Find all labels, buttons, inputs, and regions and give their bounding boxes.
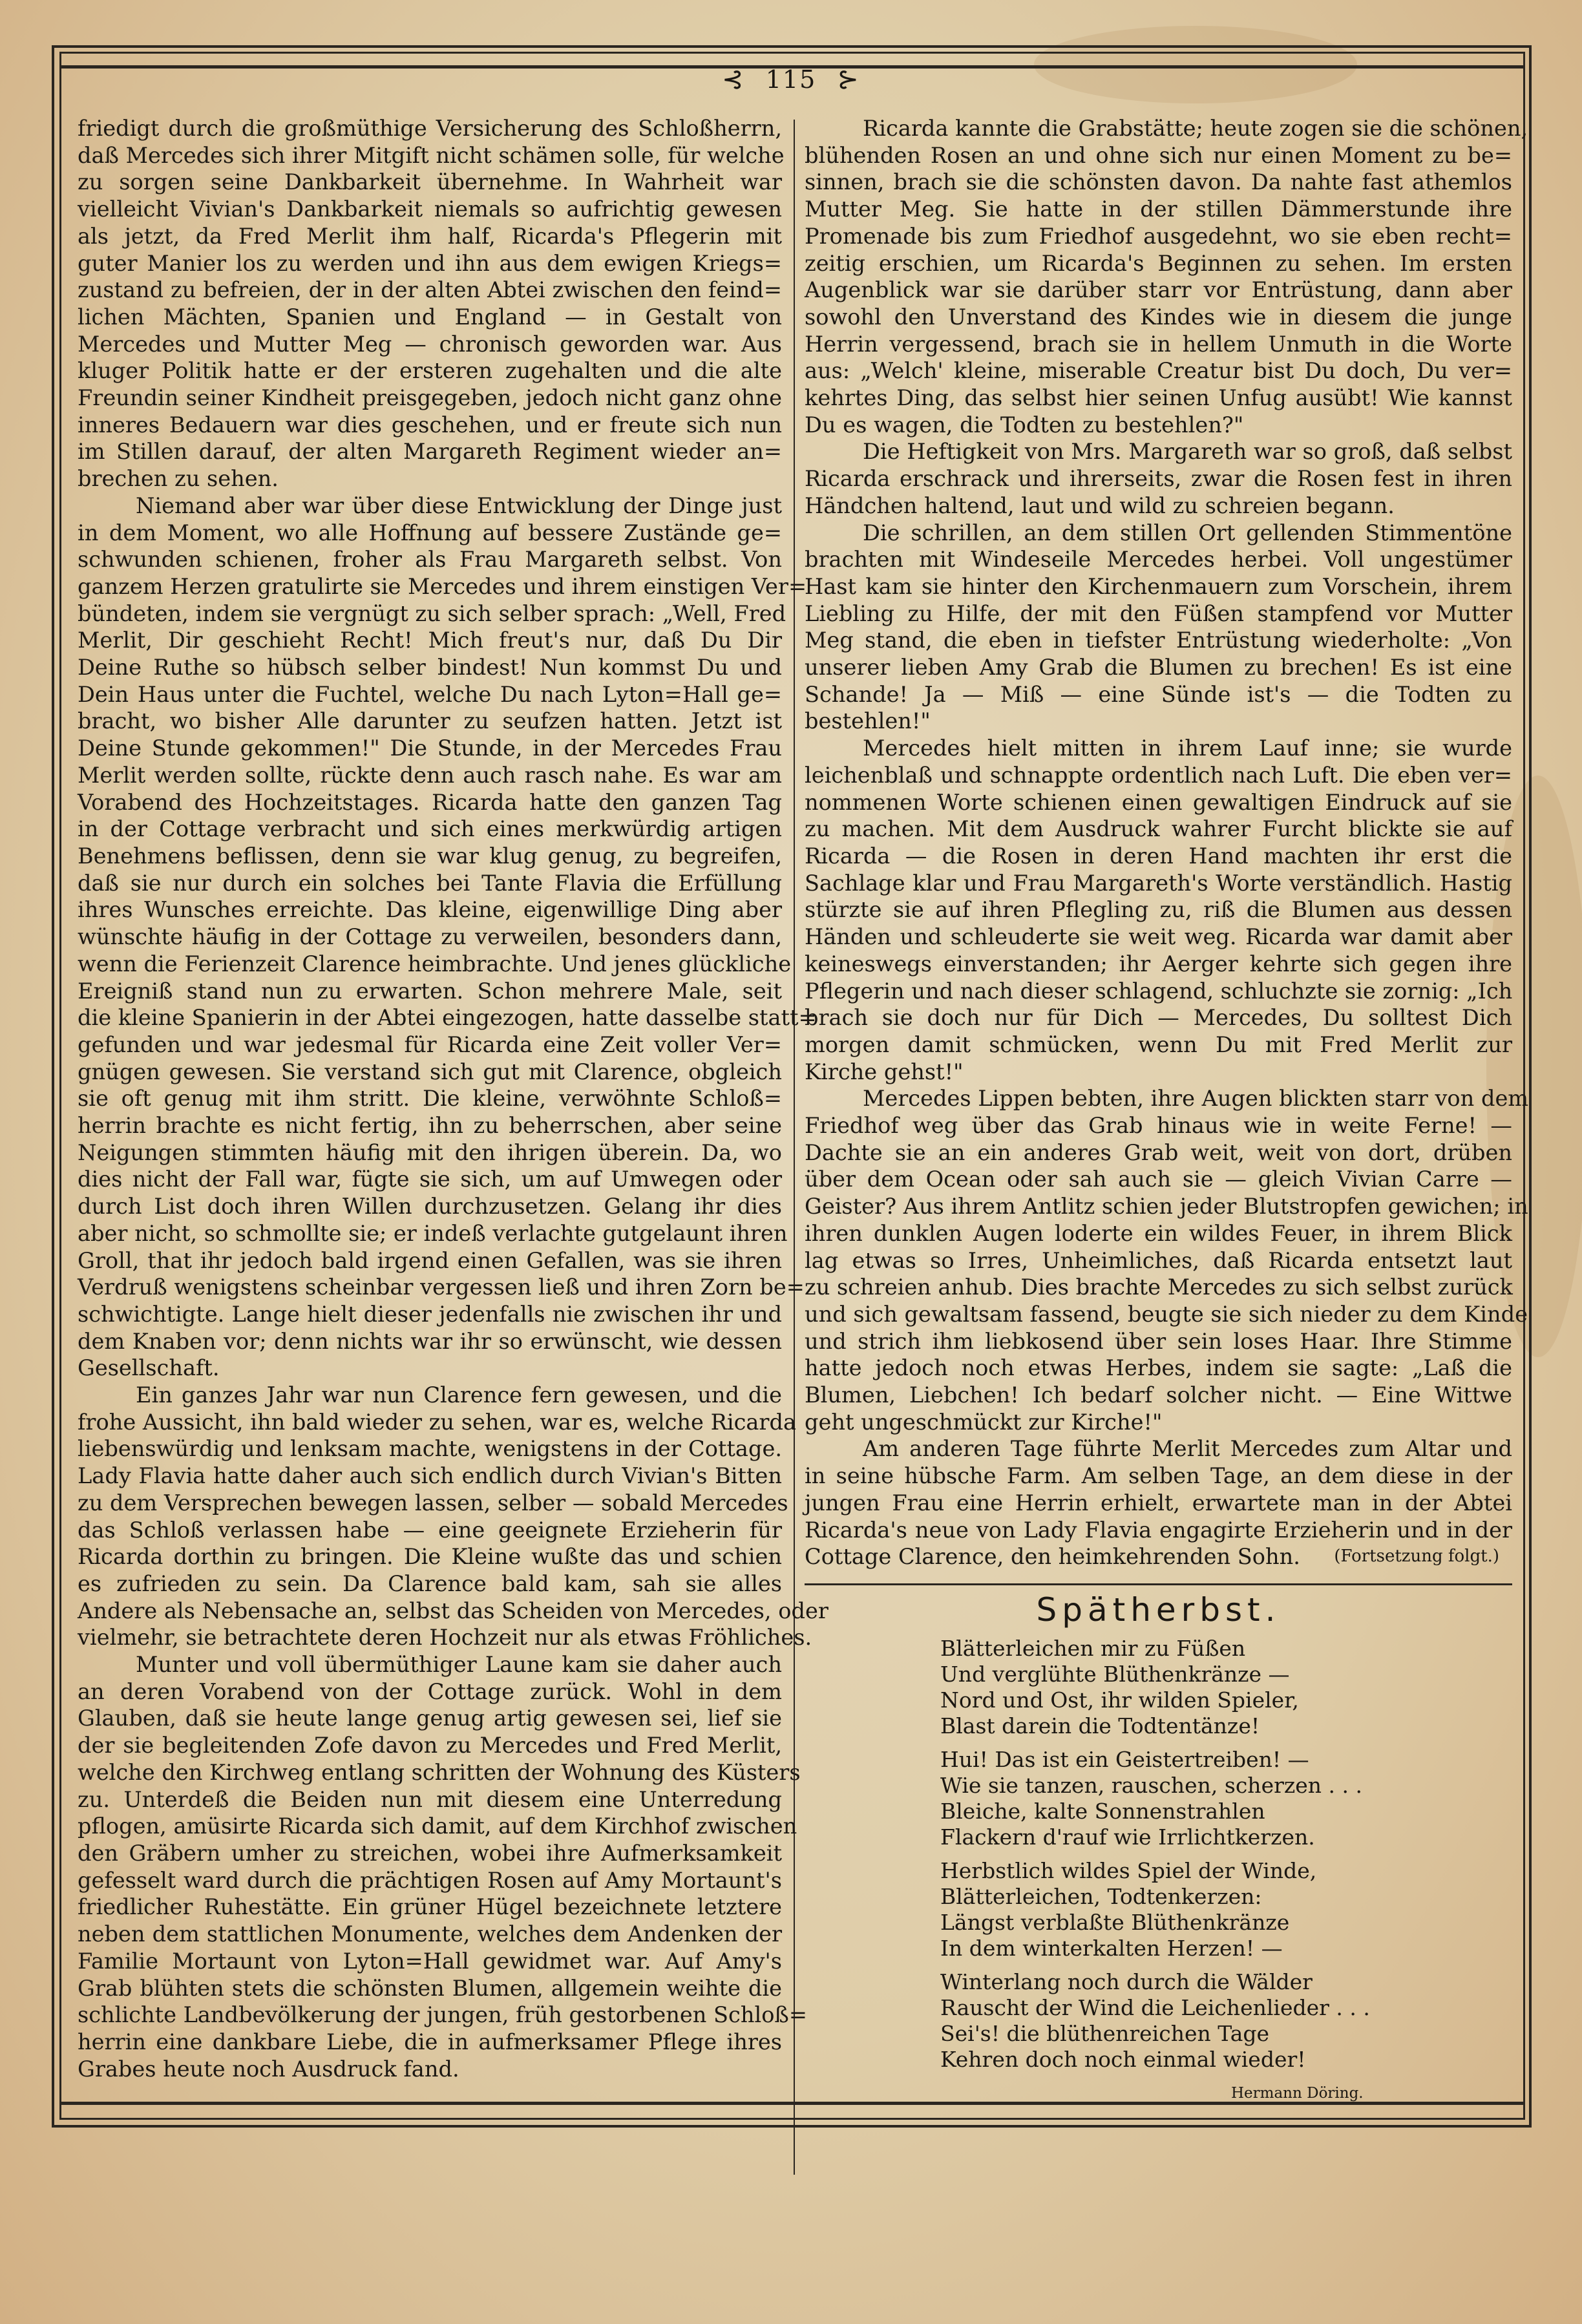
- text-line: Geister? Aus ihrem Antlitz schien jeder …: [805, 1193, 1512, 1220]
- text-line: Cottage Clarence, den heimkehrenden Sohn…: [805, 1543, 1512, 1570]
- text-line: Merlit werden sollte, rückte denn auch r…: [78, 762, 782, 789]
- poem-stanza: Herbstlich wildes Spiel der Winde,Blätte…: [940, 1858, 1512, 1961]
- text-line: inneres Bedauern war dies geschehen, und…: [78, 412, 782, 439]
- text-line: sinnen, brach sie die schönsten davon. D…: [805, 169, 1512, 196]
- text-line: herrin brachte es nicht fertig, ihn zu b…: [78, 1112, 782, 1139]
- poem-verse: Wie sie tanzen, rauschen, scherzen . . .: [940, 1773, 1512, 1799]
- text-line: schwichtigte. Lange hielt dieser jedenfa…: [78, 1301, 782, 1328]
- text-line: Mercedes Lippen bebten, ihre Augen blick…: [805, 1085, 1512, 1112]
- right-column-text: Ricarda kannte die Grabstätte; heute zog…: [805, 115, 1512, 1570]
- poem-verse: Flackern d'rauf wie Irrlichtkerzen.: [940, 1824, 1512, 1850]
- text-line: Schande! Ja — Miß — eine Sünde ist's — d…: [805, 681, 1512, 708]
- text-line: ihren dunklen Augen loderte ein wildes F…: [805, 1220, 1512, 1247]
- poem-verse: Sei's! die blüthenreichen Tage: [940, 2021, 1512, 2047]
- text-line: friedlicher Ruhestätte. Ein grüner Hügel…: [78, 1894, 782, 1921]
- text-line: die kleine Spanierin in der Abtei eingez…: [78, 1004, 782, 1031]
- text-line: lag etwas so Irres, Unheimliches, daß Ri…: [805, 1247, 1512, 1274]
- text-line: kehrtes Ding, das selbst hier seinen Unf…: [805, 385, 1512, 412]
- paragraph: Ricarda kannte die Grabstätte; heute zog…: [805, 115, 1512, 438]
- page-number: 115: [766, 65, 817, 94]
- text-line: Grab blühten stets die schönsten Blumen,…: [78, 1975, 782, 2002]
- text-line: ihres Wunsches erreichte. Das kleine, ei…: [78, 896, 782, 924]
- text-line: zu. Unterdeß die Beiden nun mit diesem e…: [78, 1786, 782, 1813]
- text-line: frohe Aussicht, ihn bald wieder zu sehen…: [78, 1409, 782, 1436]
- text-line: der sie begleitenden Zofe davon zu Merce…: [78, 1732, 782, 1759]
- text-line: an deren Vorabend von der Cottage zurück…: [78, 1678, 782, 1706]
- text-line: Blumen, Liebchen! Ich bedarf solcher nic…: [805, 1382, 1512, 1409]
- text-line: Neigungen stimmten häufig mit den ihrige…: [78, 1139, 782, 1167]
- text-line: Die Heftigkeit von Mrs. Margareth war so…: [805, 438, 1512, 465]
- poem-stanza: Winterlang noch durch die WälderRauscht …: [940, 1969, 1512, 2073]
- text-line: leichenblaß und schnappte ordentlich nac…: [805, 762, 1512, 789]
- paragraph: Niemand aber war über diese Entwicklung …: [78, 492, 782, 1382]
- text-line: Deine Ruthe so hübsch selber bindest! Nu…: [78, 654, 782, 681]
- text-line: bestehlen!": [805, 708, 1512, 735]
- text-line: Munter und voll übermüthiger Laune kam s…: [78, 1651, 782, 1678]
- text-line: sowohl den Unverstand des Kindes wie in …: [805, 304, 1512, 331]
- text-line: Ricarda kannte die Grabstätte; heute zog…: [805, 115, 1512, 142]
- text-line: Händchen haltend, laut und wild zu schre…: [805, 492, 1512, 520]
- continuation-note: (Fortsetzung folgt.): [1334, 1543, 1499, 1570]
- paragraph: Ein ganzes Jahr war nun Clarence fern ge…: [78, 1382, 782, 1651]
- text-line: und sich gewaltsam fassend, beugte sie s…: [805, 1301, 1512, 1328]
- text-line: Ereigniß stand nun zu erwarten. Schon me…: [78, 978, 782, 1005]
- text-line: und strich ihm liebkosend über sein lose…: [805, 1328, 1512, 1355]
- column-divider: [794, 120, 795, 2175]
- text-line: bracht, wo bisher Alle darunter zu seufz…: [78, 708, 782, 735]
- text-line: Meg stand, die eben in tiefster Entrüstu…: [805, 627, 1512, 654]
- text-line: wenn die Ferienzeit Clarence heimbrachte…: [78, 951, 782, 978]
- text-line: daß sie nur durch ein solches bei Tante …: [78, 870, 782, 897]
- text-line: Am anderen Tage führte Merlit Mercedes z…: [805, 1435, 1512, 1463]
- text-line: Gesellschaft.: [78, 1355, 782, 1382]
- text-line: Familie Mortaunt von Lyton=Hall gewidmet…: [78, 1948, 782, 1975]
- text-line: brechen zu sehen.: [78, 465, 782, 492]
- text-line: lichen Mächten, Spanien und England — in…: [78, 304, 782, 331]
- text-line: zustand zu befreien, der in der alten Ab…: [78, 277, 782, 304]
- text-line: Händen und schleuderte sie weit weg. Ric…: [805, 924, 1512, 951]
- text-line: aus: „Welch' kleine, miserable Creatur b…: [805, 357, 1512, 385]
- paragraph: Mercedes hielt mitten in ihrem Lauf inne…: [805, 735, 1512, 1085]
- text-line: ganzem Herzen gratulirte sie Mercedes un…: [78, 573, 782, 600]
- paragraph: Die schrillen, an dem stillen Ort gellen…: [805, 520, 1512, 735]
- text-line: über dem Ocean oder sah auch sie — gleic…: [805, 1166, 1512, 1193]
- text-line: gefunden und war jedesmal für Ricarda ei…: [78, 1031, 782, 1059]
- right-column: Ricarda kannte die Grabstätte; heute zog…: [805, 115, 1512, 2104]
- text-line: Friedhof weg über das Grab hinaus wie in…: [805, 1112, 1512, 1139]
- section-divider: [805, 1583, 1512, 1585]
- text-line: Du es wagen, die Todten zu bestehlen?": [805, 412, 1512, 439]
- text-line: dies nicht der Fall war, fügte sie sich,…: [78, 1166, 782, 1193]
- text-line: schwunden schienen, froher als Frau Marg…: [78, 546, 782, 573]
- poem-verse: Blast darein die Todtentänze!: [940, 1713, 1512, 1739]
- text-line: Dachte sie an ein anderes Grab weit, wei…: [805, 1139, 1512, 1167]
- text-line: herrin eine dankbare Liebe, die in aufme…: [78, 2029, 782, 2056]
- left-column: friedigt durch die großmüthige Versicher…: [78, 115, 782, 2082]
- text-line: Promenade bis zum Friedhof ausgedehnt, w…: [805, 223, 1512, 250]
- text-line: Verdruß wenigstens scheinbar vergessen l…: [78, 1274, 782, 1301]
- paragraph: Die Heftigkeit von Mrs. Margareth war so…: [805, 438, 1512, 519]
- paragraph: Mercedes Lippen bebten, ihre Augen blick…: [805, 1085, 1512, 1435]
- text-line: unserer lieben Amy Grab die Blumen zu br…: [805, 654, 1512, 681]
- text-line: sie oft genug mit ihm stritt. Die kleine…: [78, 1085, 782, 1112]
- text-line: zu machen. Mit dem Ausdruck wahrer Furch…: [805, 816, 1512, 843]
- paragraph: friedigt durch die großmüthige Versicher…: [78, 115, 782, 492]
- text-line: zu schreien anhub. Dies brachte Mercedes…: [805, 1274, 1512, 1301]
- text-line: vielmehr, sie betrachtete deren Hochzeit…: [78, 1624, 782, 1651]
- text-line: schlichte Landbevölkerung der jungen, fr…: [78, 2002, 782, 2029]
- poem-verse: Nord und Ost, ihr wilden Spieler,: [940, 1687, 1512, 1713]
- author-rule: [1089, 2102, 1218, 2104]
- text-line: Kirche gehst!": [805, 1059, 1512, 1086]
- paragraph: Munter und voll übermüthiger Laune kam s…: [78, 1651, 782, 2082]
- poem-verse: Und verglühte Blüthenkränze —: [940, 1662, 1512, 1687]
- text-line: Ricarda — die Rosen in deren Hand machte…: [805, 843, 1512, 870]
- text-line: als jetzt, da Fred Merlit ihm half, Rica…: [78, 223, 782, 250]
- text-line: friedigt durch die großmüthige Versicher…: [78, 115, 782, 142]
- text-line: brachten mit Windeseile Mercedes herbei.…: [805, 546, 1512, 573]
- ornament-right-icon: ⊱: [825, 65, 872, 94]
- text-line: Hast kam sie hinter den Kirchenmauern zu…: [805, 573, 1512, 600]
- poem-verse: Längst verblaßte Blüthenkränze: [940, 1910, 1512, 1936]
- text-line: gnügen gewesen. Sie verstand sich gut mi…: [78, 1059, 782, 1086]
- text-line: Dein Haus unter die Fuchtel, welche Du n…: [78, 681, 782, 708]
- text-line: Herrin vergessend, brach sie in hellem U…: [805, 331, 1512, 358]
- poem-verse: Blätterleichen mir zu Füßen: [940, 1636, 1512, 1662]
- text-line: zu dem Versprechen bewegen lassen, selbe…: [78, 1490, 782, 1517]
- text-line: daß Mercedes sich ihrer Mitgift nicht sc…: [78, 142, 782, 169]
- text-line: geht ungeschmückt zur Kirche!": [805, 1409, 1512, 1436]
- ornament-left-icon: ⊰: [710, 65, 757, 94]
- text-line: Mercedes und Mutter Meg — chronisch gewo…: [78, 331, 782, 358]
- text-line: Pflegerin und nach dieser schlagend, sch…: [805, 978, 1512, 1005]
- text-line: stürzte sie auf ihren Pflegling zu, riß …: [805, 896, 1512, 924]
- poem-verse: Rauscht der Wind die Leichenlieder . . .: [940, 1995, 1512, 2021]
- poem-verse: Blätterleichen, Todtenkerzen:: [940, 1884, 1512, 1910]
- text-line: Ricarda dorthin zu bringen. Die Kleine w…: [78, 1543, 782, 1570]
- text-line: Liebling zu Hilfe, der mit den Füßen sta…: [805, 600, 1512, 628]
- text-line: liebenswürdig und lenksam machte, wenigs…: [78, 1435, 782, 1463]
- text-line: kluger Politik hatte er der ersteren zug…: [78, 357, 782, 385]
- poem-verse: Herbstlich wildes Spiel der Winde,: [940, 1858, 1512, 1884]
- text-line: pflogen, amüsirte Ricarda sich damit, au…: [78, 1813, 782, 1840]
- text-line: Augenblick war sie darüber starr vor Ent…: [805, 277, 1512, 304]
- text-line: aber nicht, so schmollte sie; er indeß v…: [78, 1220, 782, 1247]
- text-line: vielleicht Vivian's Dankbarkeit niemals …: [78, 196, 782, 223]
- text-line: Niemand aber war über diese Entwicklung …: [78, 492, 782, 520]
- text-line: durch List doch ihren Willen durchzusetz…: [78, 1193, 782, 1220]
- text-line: nommenen Worte schienen einen gewaltigen…: [805, 789, 1512, 816]
- poem-body: Blätterleichen mir zu FüßenUnd verglühte…: [940, 1636, 1512, 2073]
- poem-author: Hermann Döring.: [1231, 2080, 1512, 2107]
- text-line: Lady Flavia hatte daher auch sich endlic…: [78, 1463, 782, 1490]
- text-line: brach sie doch nur für Dich — Mercedes, …: [805, 1004, 1512, 1031]
- text-line: bündeten, indem sie vergnügt zu sich sel…: [78, 600, 782, 628]
- text-line: zu sorgen seine Dankbarkeit übernehme. I…: [78, 169, 782, 196]
- text-line: hatte jedoch noch etwas Herbes, indem si…: [805, 1355, 1512, 1382]
- poem-verse: Bleiche, kalte Sonnenstrahlen: [940, 1799, 1512, 1824]
- text-line: in seine hübsche Farm. Am selben Tage, a…: [805, 1463, 1512, 1490]
- text-line: keineswegs einverstanden; ihr Aerger keh…: [805, 951, 1512, 978]
- text-line: Andere als Nebensache an, selbst das Sch…: [78, 1598, 782, 1625]
- text-line: in der Cottage verbracht und sich eines …: [78, 816, 782, 843]
- text-line: Groll, that ihr jedoch bald irgend einen…: [78, 1247, 782, 1274]
- text-line: es zufrieden zu sein. Da Clarence bald k…: [78, 1570, 782, 1598]
- text-line: zeitig erschien, um Ricarda's Beginnen z…: [805, 250, 1512, 277]
- text-line: neben dem stattlichen Monumente, welches…: [78, 1921, 782, 1948]
- text-line: Ricarda's neue von Lady Flavia engagirte…: [805, 1517, 1512, 1544]
- text-line: Benehmens beflissen, denn sie war klug g…: [78, 843, 782, 870]
- text-line: den Gräbern umher zu streichen, wobei ih…: [78, 1840, 782, 1867]
- poem-verse: Kehren doch noch einmal wieder!: [940, 2047, 1512, 2073]
- text-line: Ricarda erschrack und ihrerseits, zwar d…: [805, 465, 1512, 492]
- text-line: wünschte häufig in der Cottage zu verwei…: [78, 924, 782, 951]
- text-line: in dem Moment, wo alle Hoffnung auf bess…: [78, 520, 782, 547]
- text-line: Grabes heute noch Ausdruck fand.: [78, 2056, 782, 2083]
- paragraph: Am anderen Tage führte Merlit Mercedes z…: [805, 1435, 1512, 1570]
- text-line: guter Manier los zu werden und ihn aus d…: [78, 250, 782, 277]
- text-line: Sachlage klar und Frau Margareth's Worte…: [805, 870, 1512, 897]
- poem-stanza: Hui! Das ist ein Geistertreiben! —Wie si…: [940, 1747, 1512, 1850]
- text-line: welche den Kirchweg entlang schritten de…: [78, 1759, 782, 1786]
- poem-stanza: Blätterleichen mir zu FüßenUnd verglühte…: [940, 1636, 1512, 1739]
- text-line: jungen Frau eine Herrin erhielt, erwarte…: [805, 1490, 1512, 1517]
- text-line: im Stillen darauf, der alten Margareth R…: [78, 438, 782, 465]
- poem-title: Spätherbst.: [805, 1597, 1512, 1624]
- poem-verse: In dem winterkalten Herzen! —: [940, 1936, 1512, 1961]
- text-line: Ein ganzes Jahr war nun Clarence fern ge…: [78, 1382, 782, 1409]
- text-line: dem Knaben vor; denn nichts war ihr so e…: [78, 1328, 782, 1355]
- text-line: Merlit, Dir geschieht Recht! Mich freut'…: [78, 627, 782, 654]
- text-line: gefesselt ward durch die prächtigen Rose…: [78, 1867, 782, 1894]
- poem-verse: Winterlang noch durch die Wälder: [940, 1969, 1512, 1995]
- poem-verse: Hui! Das ist ein Geistertreiben! —: [940, 1747, 1512, 1773]
- text-line: Mutter Meg. Sie hatte in der stillen Däm…: [805, 196, 1512, 223]
- text-line: blühenden Rosen an und ohne sich nur ein…: [805, 142, 1512, 169]
- text-line: Vorabend des Hochzeitstages. Ricarda hat…: [78, 789, 782, 816]
- text-line: morgen damit schmücken, wenn Du mit Fred…: [805, 1031, 1512, 1059]
- text-line: Freundin seiner Kindheit preisgegeben, j…: [78, 385, 782, 412]
- text-line: Die schrillen, an dem stillen Ort gellen…: [805, 520, 1512, 547]
- text-line: Deine Stunde gekommen!" Die Stunde, in d…: [78, 735, 782, 762]
- page-header: ⊰ 115 ⊱: [0, 65, 1582, 94]
- text-line: das Schloß verlassen habe — eine geeigne…: [78, 1517, 782, 1544]
- text-line: Glauben, daß sie heute lange genug artig…: [78, 1705, 782, 1732]
- text-line: Mercedes hielt mitten in ihrem Lauf inne…: [805, 735, 1512, 762]
